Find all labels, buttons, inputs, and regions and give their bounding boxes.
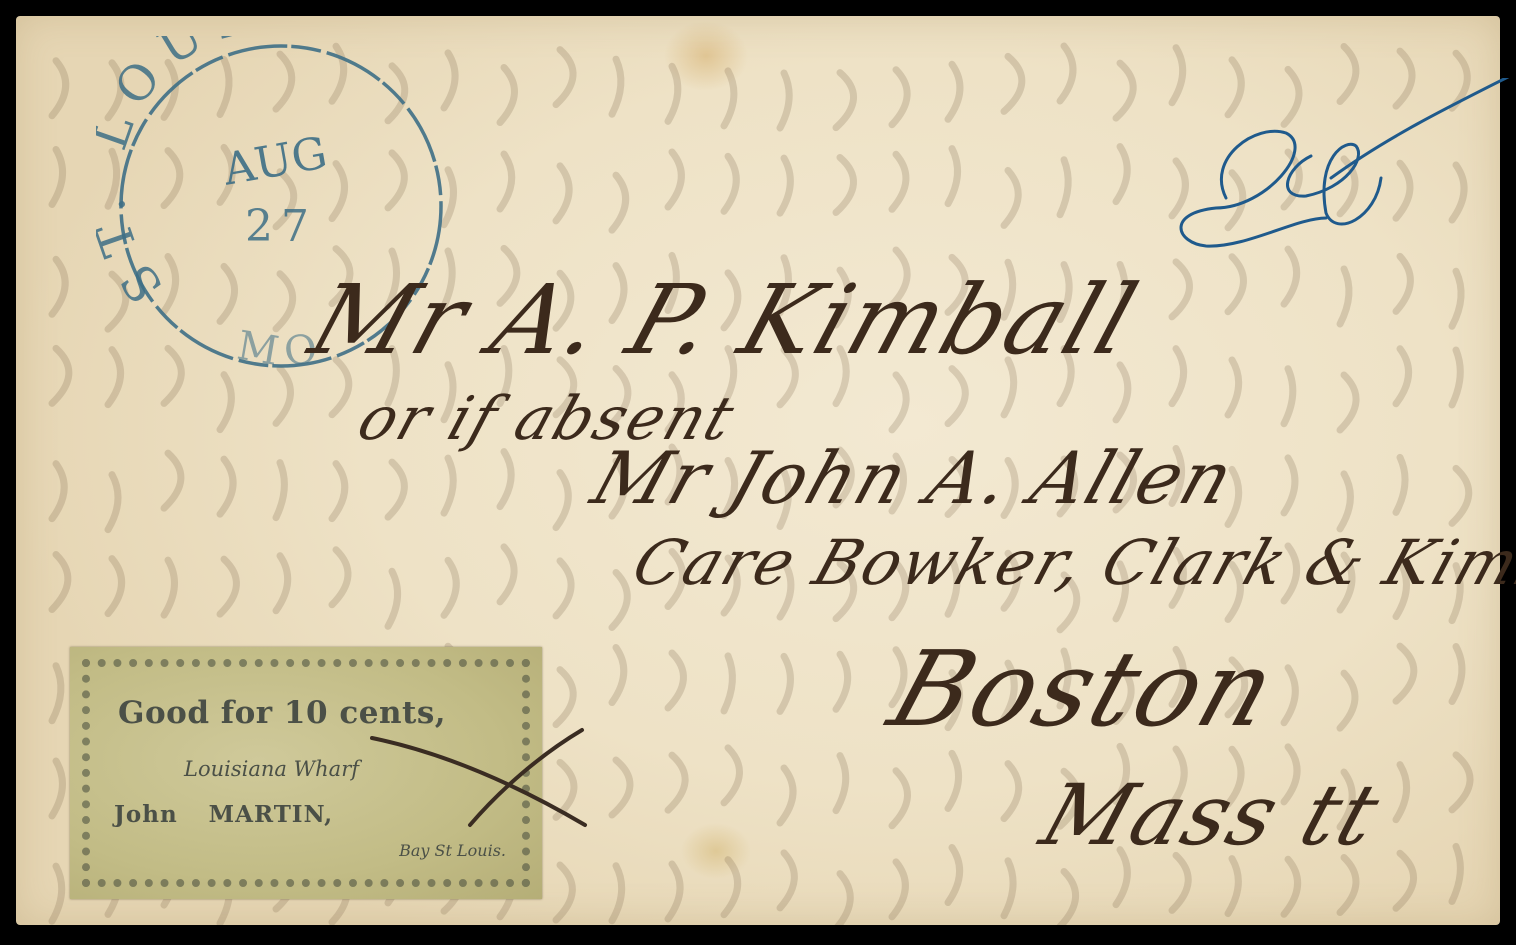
pen-cancel-icon xyxy=(360,720,590,830)
stamp-location-text: Louisiana Wharf xyxy=(184,757,359,781)
address-line-state: Mass tt xyxy=(1030,766,1392,864)
address-line-city: Boston xyxy=(876,628,1291,750)
address-line-addressee: Mr A. P. Kimball xyxy=(298,264,1151,376)
address-line-alternate-name: Mr John A. Allen xyxy=(582,436,1245,520)
stamp-proprietor-text: John MARTIN, xyxy=(114,801,333,828)
stamp-town-text: Bay St Louis. xyxy=(399,841,506,860)
address-line-care-of: Care Bowker, Clark & Kimball xyxy=(624,526,1516,599)
